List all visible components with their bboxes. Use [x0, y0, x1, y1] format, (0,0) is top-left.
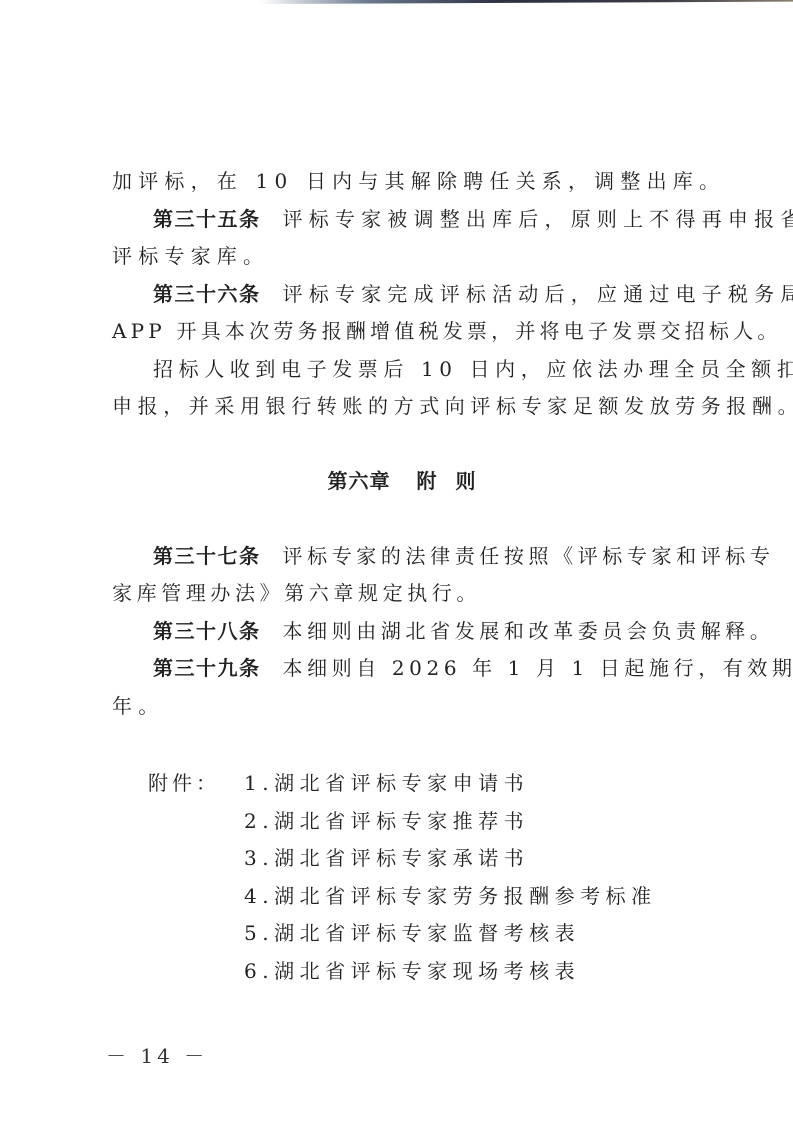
article-36: 第三十六条评标专家完成评标活动后，应通过电子税务局: [112, 276, 692, 314]
document-page: 加评标，在 10 日内与其解除聘任关系，调整出库。 第三十五条评标专家被调整出库…: [112, 163, 692, 990]
attachments-label: 附件：: [112, 765, 244, 803]
chapter-number: 第六章: [328, 469, 391, 493]
attachment-title: 6.湖北省评标专家现场考核表: [244, 959, 580, 983]
article-heading: 第三十五条: [153, 207, 261, 231]
article-text: 本细则自 2026 年 1 月 1 日起施行，有效期 5: [283, 656, 793, 680]
article-heading: 第三十八条: [153, 619, 261, 643]
chapter-title-2: 则: [456, 469, 477, 493]
paragraph-line: 家库管理办法》第六章规定执行。: [112, 575, 692, 613]
chapter-heading: 第六章附则: [112, 461, 692, 501]
article-39: 第三十九条本细则自 2026 年 1 月 1 日起施行，有效期 5: [112, 650, 692, 688]
article-text: 评标专家的法律责任按照《评标专家和评标专: [283, 544, 775, 568]
paragraph-line: 年。: [112, 688, 692, 726]
article-text: 评标专家被调整出库后，原则上不得再申报省: [283, 207, 793, 231]
article-37: 第三十七条评标专家的法律责任按照《评标专家和评标专: [112, 538, 692, 576]
attachment-item: 6.湖北省评标专家现场考核表: [112, 953, 692, 991]
attachments-list: 附件：1.湖北省评标专家申请书 2.湖北省评标专家推荐书 3.湖北省评标专家承诺…: [112, 765, 692, 990]
article-text: 本细则由湖北省发展和改革委员会负责解释。: [283, 619, 775, 643]
article-heading: 第三十六条: [153, 282, 261, 306]
article-35: 第三十五条评标专家被调整出库后，原则上不得再申报省: [112, 201, 692, 239]
attachment-item: 4.湖北省评标专家劳务报酬参考标准: [112, 878, 692, 916]
attachment-title: 1.湖北省评标专家申请书: [244, 771, 529, 795]
article-38: 第三十八条本细则由湖北省发展和改革委员会负责解释。: [112, 613, 692, 651]
article-heading: 第三十九条: [153, 656, 261, 680]
attachment-item: 5.湖北省评标专家监督考核表: [112, 915, 692, 953]
attachment-title: 3.湖北省评标专家承诺书: [244, 846, 529, 870]
attachment-title: 5.湖北省评标专家监督考核表: [244, 921, 580, 945]
attachment-title: 4.湖北省评标专家劳务报酬参考标准: [244, 884, 657, 908]
scanner-edge-line: [260, 0, 793, 4]
paragraph-line: 招标人收到电子发票后 10 日内，应依法办理全员全额扣缴: [112, 351, 692, 389]
article-heading: 第三十七条: [153, 544, 261, 568]
attachment-item: 2.湖北省评标专家推荐书: [112, 803, 692, 841]
attachment-title: 2.湖北省评标专家推荐书: [244, 809, 529, 833]
paragraph-line: 加评标，在 10 日内与其解除聘任关系，调整出库。: [112, 163, 692, 201]
paragraph-line: 评标专家库。: [112, 238, 692, 276]
article-text: 评标专家完成评标活动后，应通过电子税务局: [283, 282, 793, 306]
paragraph-line: APP 开具本次劳务报酬增值税发票，并将电子发票交招标人。: [112, 313, 692, 351]
attachment-item: 附件：1.湖北省评标专家申请书: [112, 765, 692, 803]
chapter-title-1: 附: [417, 469, 438, 493]
attachment-item: 3.湖北省评标专家承诺书: [112, 840, 692, 878]
paragraph-line: 申报，并采用银行转账的方式向评标专家足额发放劳务报酬。: [112, 388, 692, 426]
page-number: － 14 －: [106, 1040, 208, 1069]
